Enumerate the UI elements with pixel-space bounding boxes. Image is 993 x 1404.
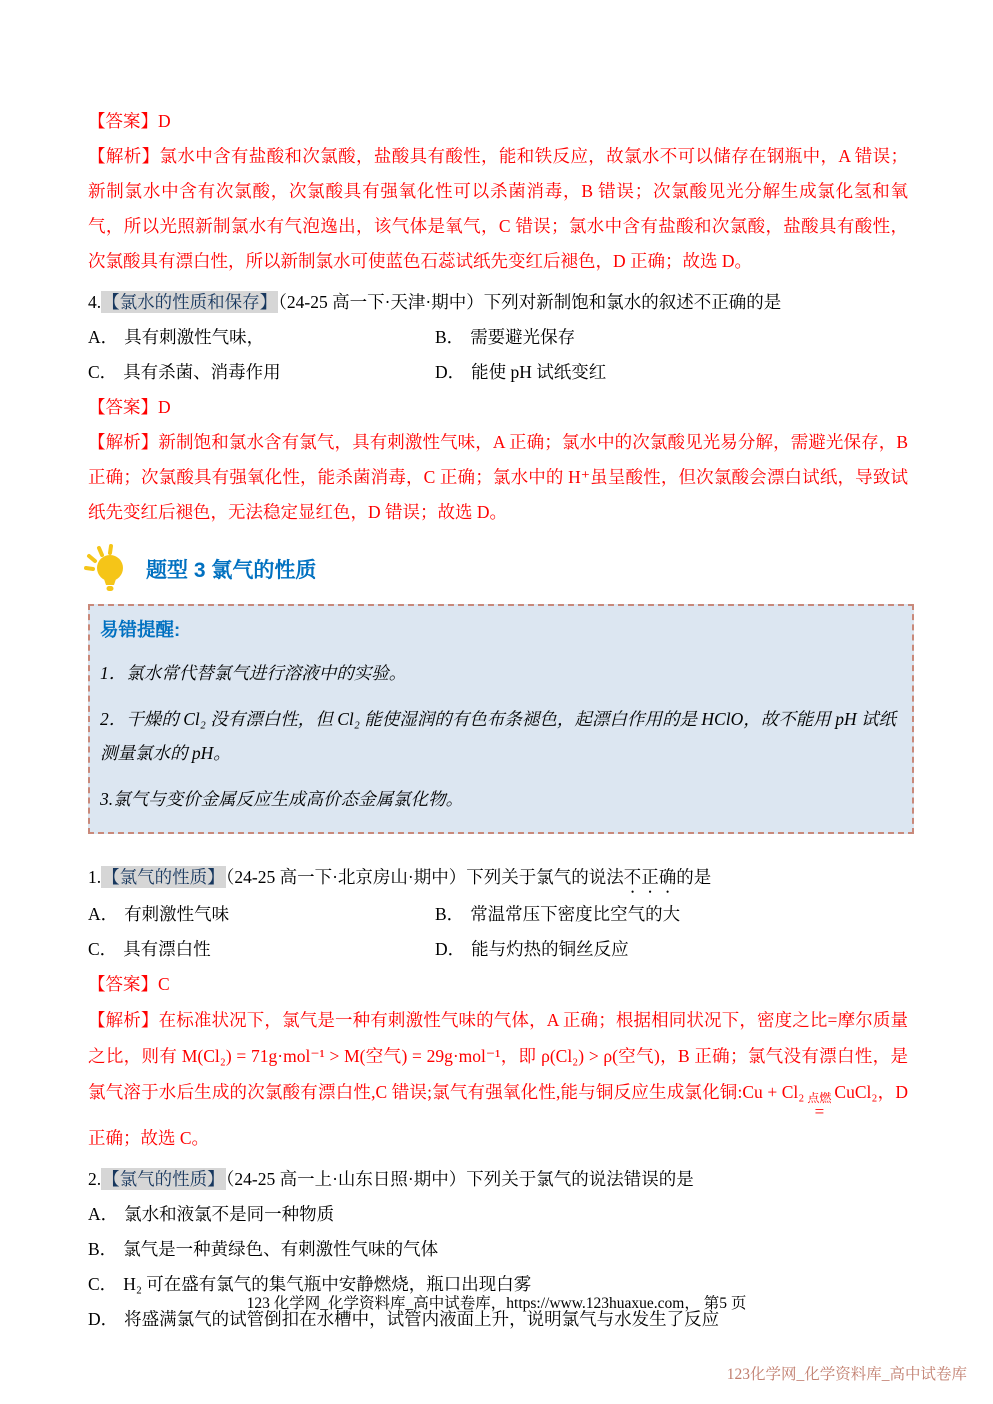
option-a-label: A． — [88, 904, 118, 924]
answer-value: C — [158, 974, 170, 994]
option-b-text: 需要避光保存 — [470, 327, 575, 347]
question-stem: 下列对新制饱和氯水的叙述不正确的是 — [484, 292, 782, 312]
option-b: B．常温常压下密度比空气的大 — [435, 897, 908, 932]
option-c-label: C． — [88, 939, 117, 959]
option-d-label: D． — [435, 939, 465, 959]
option-d-text: 能与灼热的铜丝反应 — [471, 939, 629, 959]
site-watermark: 123化学网_化学资料库_高中试卷库 — [727, 1362, 967, 1384]
question-4-options: A．具有刺激性气味， B．需要避光保存 C．具有杀菌、消毒作用 D．能使 pH … — [88, 320, 908, 390]
question-1-options: A．有刺激性气味 B．常温常压下密度比空气的大 C．具有漂白性 D．能与灼热的铜… — [88, 897, 908, 967]
prev-answer-line: 【答案】D — [88, 104, 908, 139]
tips-item-1: 1．氯水常代替氯气进行溶液中的实验。 — [100, 656, 896, 690]
question-stem-emphasis: 不正确 — [624, 867, 677, 887]
section-header: 题型 3 氯气的性质 — [82, 544, 908, 596]
option-b-text: 常温常压下密度比空气的大 — [470, 904, 680, 924]
answer-value: D — [158, 397, 171, 417]
section-title: 题型 3 氯气的性质 — [146, 553, 316, 588]
question-4-answer-line: 【答案】D — [88, 390, 908, 425]
question-topic-tag: 【氯气的性质】 — [101, 866, 226, 888]
question-stem-prefix: 下列关于氯气的说法 — [466, 867, 624, 887]
option-c-label: C． — [88, 362, 117, 382]
option-a-text: 氯水和液氯不是同一种物质 — [124, 1204, 334, 1224]
tips-box: 易错提醒: 1．氯水常代替氯气进行溶液中的实验。 2．干燥的 Cl₂ 没有漂白性… — [88, 604, 914, 834]
page-content: 【答案】D 【解析】氯水中含有盐酸和次氯酸，盐酸具有酸性，能和铁反应，故氯水不可… — [88, 104, 908, 1337]
option-d: D．能与灼热的铜丝反应 — [435, 932, 908, 967]
option-b: B．氯气是一种黄绿色、有刺激性气味的气体 — [88, 1232, 908, 1267]
analysis-text-part1: 在标准状况下，氯气是一种有刺激性气味的气体，A 正确；根据相同状况下，密度之比=… — [88, 1010, 908, 1102]
tips-item-2: 2．干燥的 Cl₂ 没有漂白性，但 Cl₂ 能使湿润的有色布条褪色，起漂白作用的… — [100, 702, 896, 770]
option-d: D．能使 pH 试纸变红 — [435, 355, 908, 390]
question-number: 1. — [88, 867, 101, 887]
analysis-label: 【解析】 — [88, 432, 158, 452]
option-c: C．具有漂白性 — [88, 932, 435, 967]
question-number: 2. — [88, 1169, 101, 1189]
answer-value: D — [158, 111, 171, 131]
question-1-analysis: 【解析】在标准状况下，氯气是一种有刺激性气味的气体，A 正确；根据相同状况下，密… — [88, 1002, 908, 1156]
question-source: （24-25 高一上·山东日照·期中） — [226, 1169, 467, 1189]
option-b-label: B． — [435, 327, 464, 347]
option-a-text: 具有刺激性气味， — [124, 327, 264, 347]
option-a: A．具有刺激性气味， — [88, 320, 435, 355]
page-footer: 123 化学网_化学资料库_高中试卷库，https://www.123huaxu… — [0, 1291, 993, 1313]
question-2-options: A．氯水和液氯不是同一种物质 B．氯气是一种黄绿色、有刺激性气味的气体 C．H₂… — [88, 1197, 908, 1337]
answer-label: 【答案】 — [88, 111, 158, 131]
question-2-stem-line: 2.【氯气的性质】（24-25 高一上·山东日照·期中）下列关于氯气的说法错误的… — [88, 1162, 908, 1197]
option-c-text: 具有漂白性 — [123, 939, 211, 959]
option-b: B．需要避光保存 — [435, 320, 908, 355]
question-4-stem-line: 4.【氯水的性质和保存】（24-25 高一下·天津·期中）下列对新制饱和氯水的叙… — [88, 285, 908, 320]
question-stem: 下列关于氯气的说法错误的是 — [466, 1169, 694, 1189]
prev-analysis: 【解析】氯水中含有盐酸和次氯酸，盐酸具有酸性，能和铁反应，故氯水不可以储存在钢瓶… — [88, 139, 908, 279]
question-1-stem-line: 1.【氯气的性质】（24-25 高一下·北京房山·期中）下列关于氯气的说法不正确… — [88, 860, 908, 897]
option-b-label: B． — [435, 904, 464, 924]
option-d-text: 能使 pH 试纸变红 — [471, 362, 606, 382]
question-stem-suffix: 的是 — [676, 867, 711, 887]
question-number: 4. — [88, 292, 101, 312]
option-a-label: A． — [88, 1204, 118, 1224]
equals-sign: = — [815, 1103, 825, 1120]
option-d-label: D． — [435, 362, 465, 382]
analysis-text: 氯水中含有盐酸和次氯酸，盐酸具有酸性，能和铁反应，故氯水不可以储存在钢瓶中，A … — [88, 146, 908, 271]
reaction-condition-equals: 点燃= — [807, 1092, 831, 1120]
worksheet-page: 【答案】D 【解析】氯水中含有盐酸和次氯酸，盐酸具有酸性，能和铁反应，故氯水不可… — [0, 0, 993, 1404]
question-topic-tag: 【氯气的性质】 — [101, 1168, 226, 1190]
tips-box-title: 易错提醒: — [100, 616, 896, 644]
option-c-text: 具有杀菌、消毒作用 — [123, 362, 281, 382]
option-a: A．氯水和液氯不是同一种物质 — [88, 1197, 908, 1232]
analysis-text: 新制饱和氯水含有氯气，具有刺激性气味，A 正确；氯水中的次氯酸见光易分解，需避光… — [88, 432, 908, 522]
option-a-text: 有刺激性气味 — [124, 904, 229, 924]
option-b-label: B． — [88, 1239, 117, 1259]
question-topic-tag: 【氯水的性质和保存】 — [101, 291, 278, 313]
option-b-text: 氯气是一种黄绿色、有刺激性气味的气体 — [123, 1239, 438, 1259]
option-a-label: A． — [88, 327, 118, 347]
option-a: A．有刺激性气味 — [88, 897, 435, 932]
answer-label: 【答案】 — [88, 397, 158, 417]
answer-label: 【答案】 — [88, 974, 158, 994]
analysis-label: 【解析】 — [88, 1010, 159, 1030]
question-4-analysis: 【解析】新制饱和氯水含有氯气，具有刺激性气味，A 正确；氯水中的次氯酸见光易分解… — [88, 425, 908, 530]
question-source: （24-25 高一下·天津·期中） — [278, 292, 484, 312]
question-source: （24-25 高一下·北京房山·期中） — [226, 867, 467, 887]
analysis-label: 【解析】 — [88, 146, 159, 166]
question-1-answer-line: 【答案】C — [88, 967, 908, 1002]
tips-item-3: 3.氯气与变价金属反应生成高价态金属氯化物。 — [100, 782, 896, 816]
option-c: C．具有杀菌、消毒作用 — [88, 355, 435, 390]
lightbulb-icon — [82, 544, 134, 596]
